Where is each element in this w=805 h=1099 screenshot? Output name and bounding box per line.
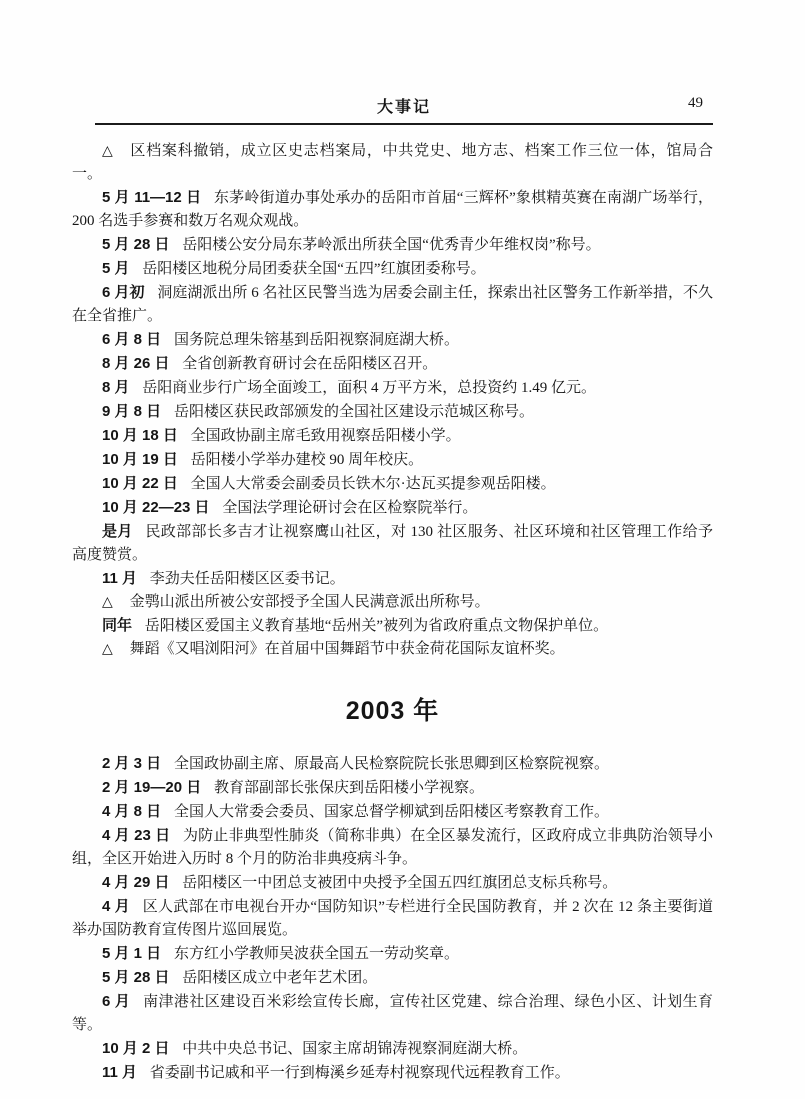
event-date: 10 月 18 日	[102, 427, 178, 444]
event-text: 全国人大常委会副委员长铁木尔·达瓦买提参观岳阳楼。	[191, 476, 556, 492]
event-entry: 6 月 8 日国务院总理朱镕基到岳阳视察洞庭湖大桥。	[72, 328, 713, 352]
triangle-marker: △	[102, 144, 114, 159]
event-entry: 11 月李劲夫任岳阳楼区区委书记。	[72, 567, 713, 591]
event-date: 11 月	[102, 570, 137, 587]
event-entry: 4 月 8 日全国人大常委会委员、国家总督学柳斌到岳阳楼区考察教育工作。	[72, 800, 713, 824]
event-text: 国务院总理朱镕基到岳阳视察洞庭湖大桥。	[174, 332, 459, 348]
document-page: 大事记 49 △区档案科撤销，成立区史志档案局，中共党史、地方志、档案工作三位一…	[0, 0, 805, 1099]
event-entry: 是月民政部部长多吉才让视察鹰山社区，对 130 社区服务、社区环境和社区管理工作…	[72, 520, 713, 567]
event-text: 岳阳商业步行广场全面竣工，面积 4 万平方米，总投资约 1.49 亿元。	[142, 380, 596, 396]
page-header: 大事记 49	[95, 94, 713, 125]
event-entry: 10 月 18 日全国政协副主席毛致用视察岳阳楼小学。	[72, 424, 713, 448]
event-date: 4 月 29 日	[102, 874, 170, 891]
event-date: 5 月	[102, 260, 130, 277]
event-text: 中共中央总书记、国家主席胡锦涛视察洞庭湖大桥。	[182, 1041, 527, 1057]
text-block: 大事记 49 △区档案科撤销，成立区史志档案局，中共党史、地方志、档案工作三位一…	[72, 94, 713, 1085]
event-text: 全国政协副主席、原最高人民检察院院长张思卿到区检察院视察。	[174, 756, 609, 772]
event-entry: 8 月 26 日全省创新教育研讨会在岳阳楼区召开。	[72, 352, 713, 376]
event-text: 岳阳楼小学举办建校 90 周年校庆。	[191, 452, 424, 468]
event-date: 11 月	[102, 1064, 137, 1081]
event-text: 洞庭湖派出所 6 名社区民警当选为居委会副主任，探索出社区警务工作新举措，不久在…	[72, 285, 713, 324]
event-text: 区档案科撤销，成立区史志档案局，中共党史、地方志、档案工作三位一体，馆局合一。	[72, 143, 713, 182]
event-text: 李劲夫任岳阳楼区区委书记。	[150, 571, 345, 587]
event-date: 10 月 2 日	[102, 1040, 170, 1057]
event-entry: 11 月省委副书记戚和平一行到梅溪乡延寿村视察现代远程教育工作。	[72, 1061, 713, 1085]
event-entry: 6 月南津港社区建设百米彩绘宣传长廊，宣传社区党建、综合治理、绿色小区、计划生育…	[72, 990, 713, 1037]
event-date: 10 月 22—23 日	[102, 499, 210, 516]
event-date: 8 月 26 日	[102, 355, 170, 372]
event-text: 全国政协副主席毛致用视察岳阳楼小学。	[191, 428, 461, 444]
event-entry: 5 月 28 日岳阳楼公安分局东茅岭派出所获全国“优秀青少年维权岗”称号。	[72, 233, 713, 257]
event-date: 10 月 22 日	[102, 475, 178, 492]
event-entry: 10 月 22—23 日全国法学理论研讨会在区检察院举行。	[72, 496, 713, 520]
event-text: 南津港社区建设百米彩绘宣传长廊，宣传社区党建、综合治理、绿色小区、计划生育等。	[72, 994, 713, 1033]
event-date: 6 月 8 日	[102, 331, 161, 348]
event-entry: △舞蹈《又唱浏阳河》在首届中国舞蹈节中获金荷花国际友谊杯奖。	[72, 638, 713, 661]
event-entry: 6 月初洞庭湖派出所 6 名社区民警当选为居委会副主任，探索出社区警务工作新举措…	[72, 281, 713, 328]
event-date: 同年	[102, 617, 132, 634]
event-date: 是月	[102, 523, 133, 540]
event-entry: 4 月区人武部在市电视台开办“国防知识”专栏进行全民国防教育，并 2 次在 12…	[72, 895, 713, 942]
event-text: 岳阳楼区地税分局团委获全国“五四”红旗团委称号。	[142, 261, 485, 277]
event-date: 6 月	[102, 993, 130, 1010]
event-entry: △金鹗山派出所被公安部授予全国人民满意派出所称号。	[72, 591, 713, 614]
event-date: 5 月 28 日	[102, 969, 170, 986]
event-entry: 2 月 3 日全国政协副主席、原最高人民检察院院长张思卿到区检察院视察。	[72, 752, 713, 776]
event-date: 5 月 1 日	[102, 945, 161, 962]
event-date: 2 月 3 日	[102, 755, 161, 772]
event-text: 区人武部在市电视台开办“国防知识”专栏进行全民国防教育，并 2 次在 12 条主…	[72, 899, 713, 938]
section-2003-entries: 2 月 3 日全国政协副主席、原最高人民检察院院长张思卿到区检察院视察。 2 月…	[72, 752, 713, 1085]
event-date: 8 月	[102, 379, 130, 396]
event-entry: 5 月 1 日东方红小学教师吴波获全国五一劳动奖章。	[72, 942, 713, 966]
triangle-marker: △	[102, 642, 113, 657]
event-text: 岳阳楼公安分局东茅岭派出所获全国“优秀青少年维权岗”称号。	[182, 237, 600, 253]
event-entry: 9 月 8 日岳阳楼区获民政部颁发的全国社区建设示范城区称号。	[72, 400, 713, 424]
event-text: 全国人大常委会委员、国家总督学柳斌到岳阳楼区考察教育工作。	[174, 804, 609, 820]
event-text: 岳阳楼区获民政部颁发的全国社区建设示范城区称号。	[174, 404, 534, 420]
event-entry: 10 月 2 日中共中央总书记、国家主席胡锦涛视察洞庭湖大桥。	[72, 1037, 713, 1061]
event-date: 5 月 28 日	[102, 236, 170, 253]
event-entry: 5 月岳阳楼区地税分局团委获全国“五四”红旗团委称号。	[72, 257, 713, 281]
event-text: 岳阳楼区成立中老年艺术团。	[182, 970, 377, 986]
event-date: 10 月 19 日	[102, 451, 178, 468]
event-entry: 同年岳阳楼区爱国主义教育基地“岳州关”被列为省政府重点文物保护单位。	[72, 614, 713, 638]
event-text: 全省创新教育研讨会在岳阳楼区召开。	[182, 356, 437, 372]
event-text: 教育部副部长张保庆到岳阳楼小学视察。	[214, 780, 484, 796]
event-entry: 5 月 11—12 日东茅岭街道办事处承办的岳阳市首届“三辉杯”象棋精英赛在南湖…	[72, 186, 713, 233]
section-2002-entries: △区档案科撤销，成立区史志档案局，中共党史、地方志、档案工作三位一体，馆局合一。…	[72, 140, 713, 661]
event-text: 东方红小学教师吴波获全国五一劳动奖章。	[174, 946, 459, 962]
event-entry: 4 月 29 日岳阳楼区一中团总支被团中央授予全国五四红旗团总支标兵称号。	[72, 871, 713, 895]
page-title: 大事记	[377, 99, 431, 116]
event-date: 9 月 8 日	[102, 403, 161, 420]
event-date: 6 月初	[102, 284, 145, 301]
year-heading-2003: 2003 年	[72, 691, 713, 727]
event-date: 4 月 23 日	[102, 827, 170, 844]
event-date: 4 月 8 日	[102, 803, 161, 820]
event-date: 4 月	[102, 898, 130, 915]
event-text: 民政部部长多吉才让视察鹰山社区，对 130 社区服务、社区环境和社区管理工作给予…	[72, 524, 713, 563]
event-text: 金鹗山派出所被公安部授予全国人民满意派出所称号。	[130, 594, 490, 610]
event-text: 岳阳楼区一中团总支被团中央授予全国五四红旗团总支标兵称号。	[182, 875, 617, 891]
event-text: 岳阳楼区爱国主义教育基地“岳州关”被列为省政府重点文物保护单位。	[145, 618, 608, 634]
event-entry: 10 月 19 日岳阳楼小学举办建校 90 周年校庆。	[72, 448, 713, 472]
event-date: 2 月 19—20 日	[102, 779, 201, 796]
page-number: 49	[688, 95, 703, 112]
event-entry: 5 月 28 日岳阳楼区成立中老年艺术团。	[72, 966, 713, 990]
event-entry: 10 月 22 日全国人大常委会副委员长铁木尔·达瓦买提参观岳阳楼。	[72, 472, 713, 496]
event-date: 5 月 11—12 日	[102, 189, 201, 206]
event-entry: 2 月 19—20 日教育部副部长张保庆到岳阳楼小学视察。	[72, 776, 713, 800]
event-entry: 4 月 23 日为防止非典型性肺炎（简称非典）在全区暴发流行，区政府成立非典防治…	[72, 824, 713, 871]
triangle-marker: △	[102, 595, 113, 610]
event-entry: △区档案科撤销，成立区史志档案局，中共党史、地方志、档案工作三位一体，馆局合一。	[72, 140, 713, 186]
event-text: 省委副书记戚和平一行到梅溪乡延寿村视察现代远程教育工作。	[150, 1065, 570, 1081]
event-text: 舞蹈《又唱浏阳河》在首届中国舞蹈节中获金荷花国际友谊杯奖。	[130, 641, 565, 657]
event-text: 全国法学理论研讨会在区检察院举行。	[222, 500, 477, 516]
event-entry: 8 月岳阳商业步行广场全面竣工，面积 4 万平方米，总投资约 1.49 亿元。	[72, 376, 713, 400]
